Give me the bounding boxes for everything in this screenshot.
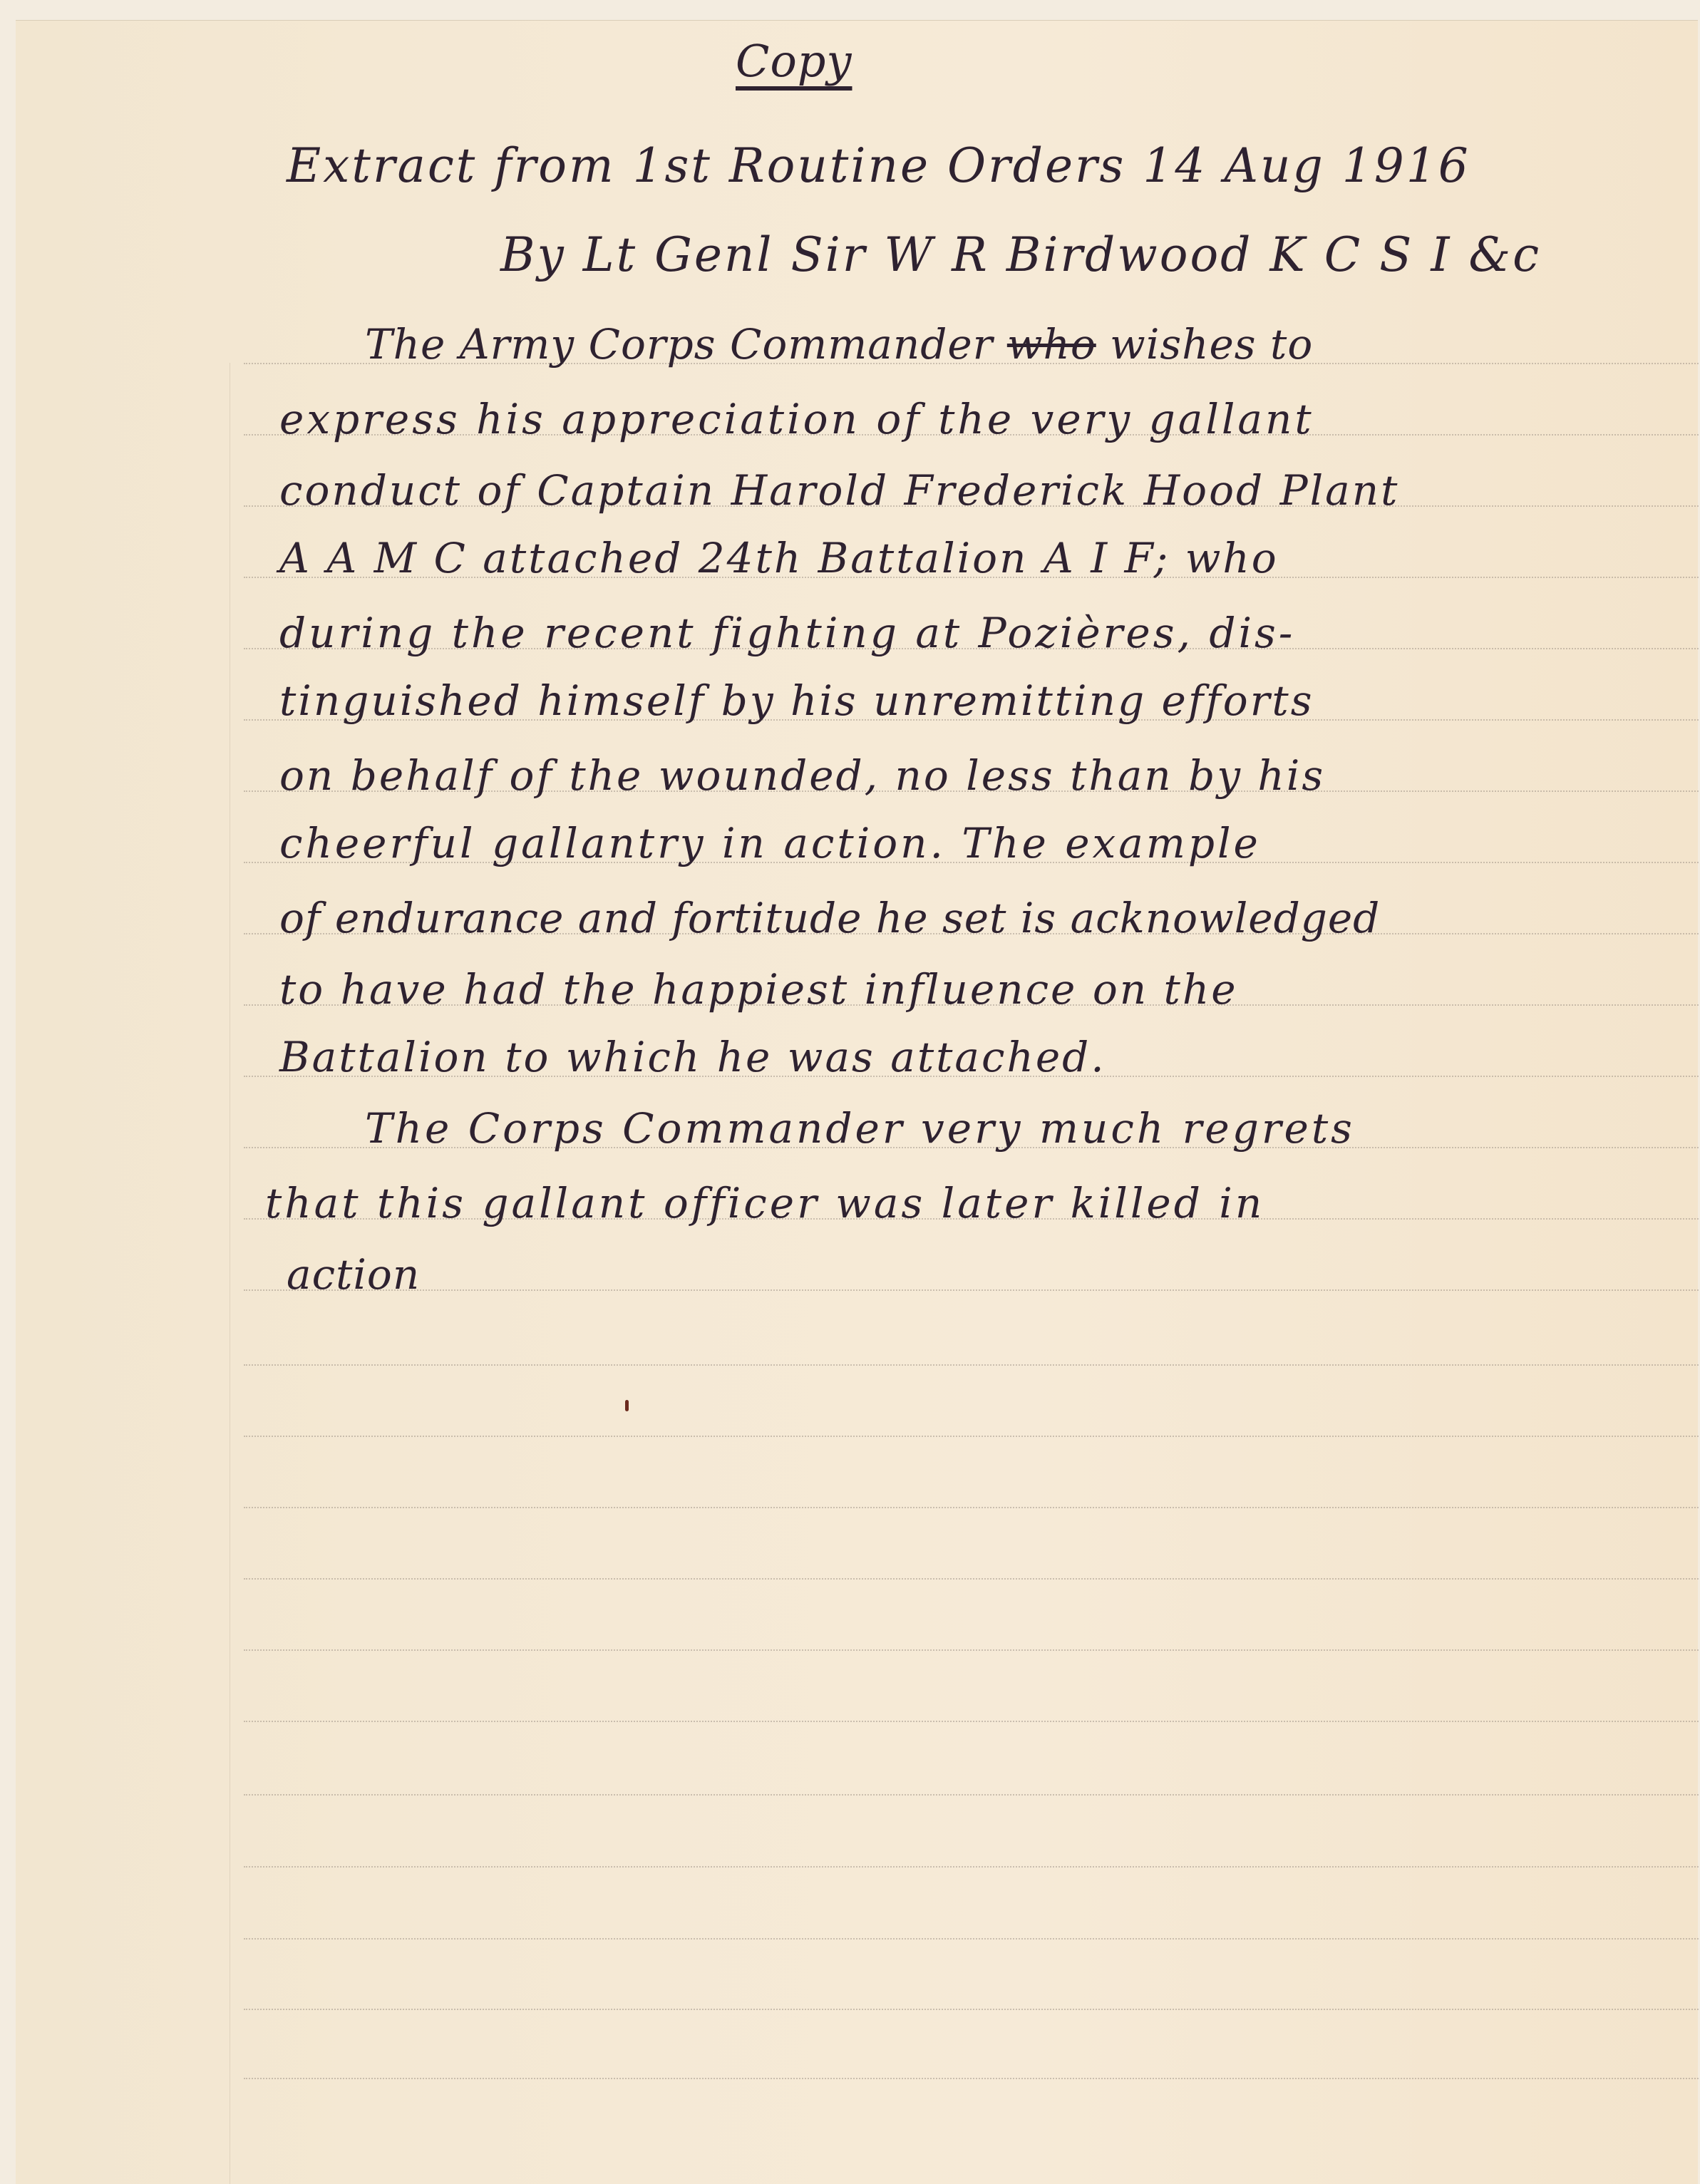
body-line: cheerful gallantry in action. The exampl… [279,819,1261,867]
body-line: tinguished himself by his unremitting ef… [279,676,1314,725]
body-line: action [287,1250,420,1299]
header-line-author: By Lt Genl Sir W R Birdwood K C S I &c [500,227,1541,282]
ruled-line [244,1436,1700,1437]
body-line: of endurance and fortitude he set is ack… [279,894,1380,942]
body-text: The Army Corps Commander [365,320,1007,369]
body-text: wishes to [1096,320,1314,369]
body-line: A A M C attached 24th Battalion A I F; w… [279,534,1279,582]
body-line: express his appreciation of the very gal… [279,395,1314,443]
ruled-line [244,2009,1700,2010]
document-heading: Copy [736,35,852,87]
body-line: The Army Corps Commander who wishes to [365,320,1313,369]
body-line: conduct of Captain Harold Frederick Hood… [279,466,1399,515]
ruled-line [244,1938,1700,1940]
ruled-line [244,1578,1700,1580]
struck-word: who [1007,320,1096,369]
body-line: Battalion to which he was attached. [279,1033,1106,1081]
paper-sheet: Copy Extract from 1st Routine Orders 14 … [16,20,1698,2184]
body-line: The Corps Commander very much regrets [365,1104,1355,1153]
ruled-line [244,1649,1700,1651]
body-line: during the recent fighting at Pozières, … [279,609,1295,657]
ruled-line [244,1364,1700,1366]
ruled-line [244,1794,1700,1796]
ruled-line [244,1866,1700,1868]
ruled-line [244,2078,1700,2079]
header-line-extract: Extract from 1st Routine Orders 14 Aug 1… [287,138,1470,193]
body-line: on behalf of the wounded, no less than b… [279,751,1325,800]
ink-spot [625,1400,629,1411]
ruled-line [244,1507,1700,1508]
ruled-line [244,1289,1700,1291]
ruled-line [244,1721,1700,1722]
margin-line [230,363,230,2184]
body-line: to have had the happiest influence on th… [279,965,1238,1014]
body-line: that this gallant officer was later kill… [265,1179,1264,1227]
